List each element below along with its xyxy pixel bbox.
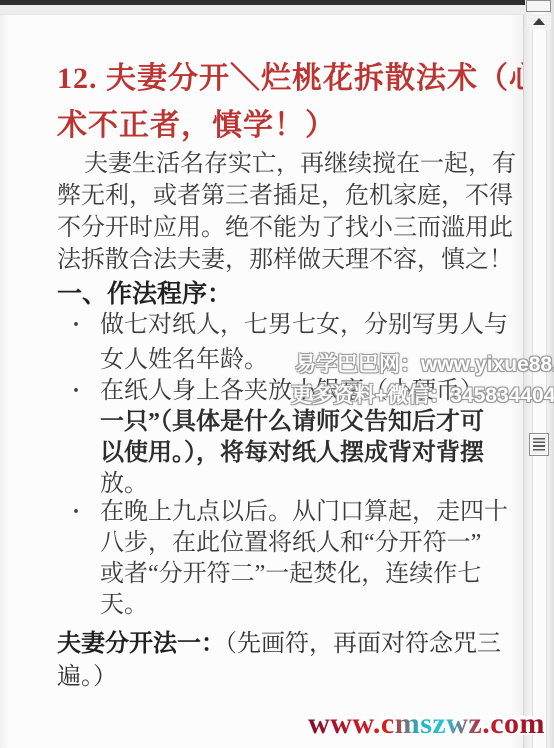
list-line: 天。 (100, 590, 508, 621)
bullet-dot: · (57, 376, 100, 500)
window-chrome-strip (0, 5, 525, 15)
arrow-up-icon (533, 18, 545, 25)
document-title: 12. 夫妻分开＼烂桃花拆散法术（心 术不正者，慎学！） (57, 55, 540, 149)
scrollbar-thumb[interactable] (529, 433, 549, 456)
watermark-contact: 更多资料+微信：3458344044 (291, 379, 554, 409)
method-line-2: 遍。） (57, 661, 535, 694)
paragraph-line: 不分开时应用。绝不能为了找小三而滥用此 (57, 212, 535, 244)
scroll-up-button[interactable] (527, 14, 551, 29)
list-line: 以使用。），将每对纸人摆成背对背摆 (100, 438, 484, 469)
title-line-1: 12. 夫妻分开＼烂桃花拆散法术（心 (57, 55, 540, 102)
paragraph-line: 夫妻生活名存实亡，再继续搅在一起，有 (57, 148, 535, 180)
bullet-dot: · (57, 497, 100, 621)
list-line: 八步，在此位置将纸人和“分开符一” (100, 528, 508, 559)
list-line: 或者“分开符二”一起焚化，连续作七 (100, 559, 508, 590)
bullet-dot: · (57, 308, 100, 378)
list-item-text: 在晚上九点以后。从门口算起，走四十 八步，在此位置将纸人和“分开符一” 或者“分… (100, 497, 508, 621)
method-text: （先画符，再面对符念咒三 (225, 631, 501, 657)
list-line: 做七对纸人，七男七女，分别写男人与 (100, 308, 508, 343)
method-label: 夫妻分开法一： (57, 631, 225, 657)
grip-lines-icon (533, 438, 545, 452)
list-line: 放。 (100, 469, 484, 500)
paragraph-line: 法拆散合法夫妻，那样做天理不容，慎之！ (57, 244, 535, 276)
intro-paragraph: 夫妻生活名存实亡，再继续搅在一起，有 弊无利，或者第三者插足，危机家庭，不得 不… (57, 148, 535, 276)
section-heading: 一、作法程序： (57, 274, 232, 310)
list-line: 在晚上九点以后。从门口算起，走四十 (100, 497, 508, 528)
scrollbar-top-box (526, 0, 551, 12)
paragraph-line: 弊无利，或者第三者插足，危机家庭，不得 (57, 180, 535, 212)
title-line-2: 术不正者，慎学！） (57, 102, 540, 149)
watermark-footer-url: www.cmszwz.com (308, 707, 545, 741)
watermark-site: 易学巴巴网：www.yixue88.cn (295, 348, 554, 378)
method-line-1: 夫妻分开法一：（先画符，再面对符念咒三 (57, 628, 535, 661)
list-line: 一只”（具体是什么请师父告知后才可 (100, 407, 484, 438)
method-paragraph: 夫妻分开法一：（先画符，再面对符念咒三 遍。） (57, 628, 535, 694)
list-item: · 在晚上九点以后。从门口算起，走四十 八步，在此位置将纸人和“分开符一” 或者… (57, 497, 508, 621)
